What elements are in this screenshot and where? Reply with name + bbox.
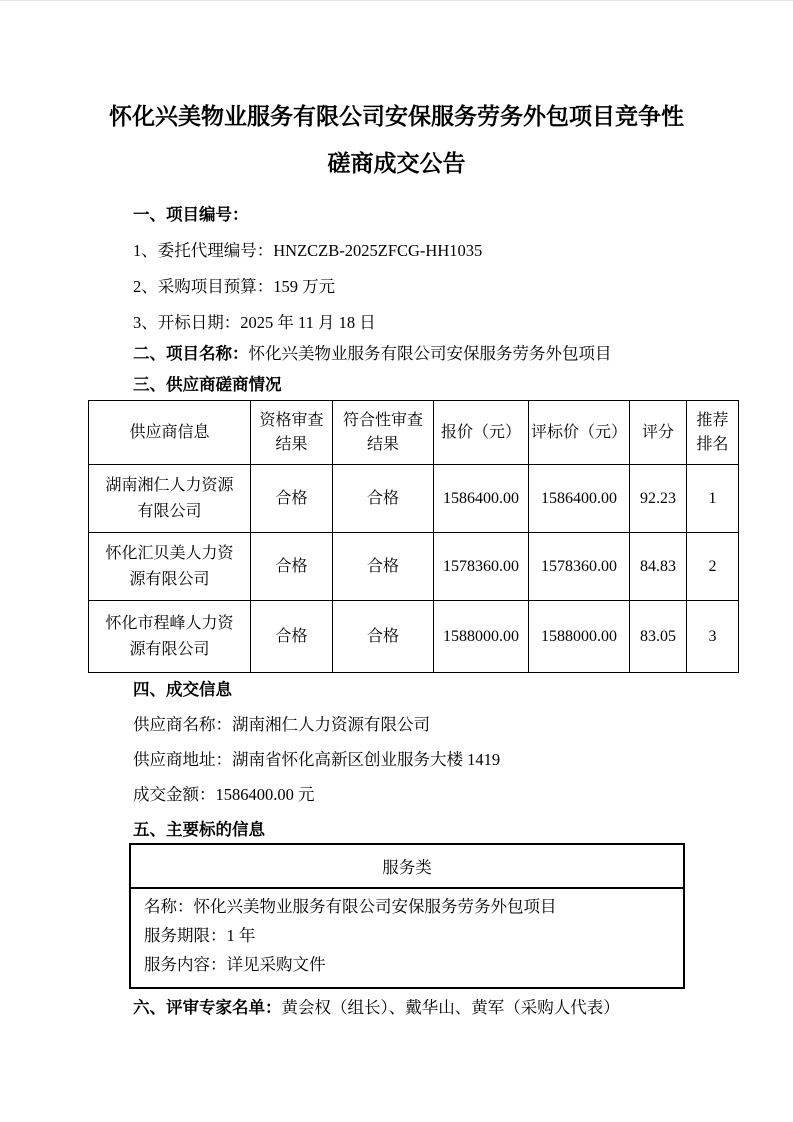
col-header-supplier-info: 供应商信息 <box>89 401 251 465</box>
eval-price: 1588000.00 <box>529 601 630 673</box>
conformity-result: 合格 <box>333 465 434 533</box>
subject-category-header: 服务类 <box>130 844 684 888</box>
supplier-row-1: 湖南湘仁人力资源有限公司 合格 合格 1586400.00 1586400.00… <box>89 465 739 533</box>
section6-value: 黄会权（组长）、戴华山、黄军（采购人代表） <box>282 998 620 1017</box>
document-title: 怀化兴美物业服务有限公司安保服务劳务外包项目竞争性 磋商成交公告 <box>48 93 745 187</box>
section1-heading: 一、项目编号： <box>133 204 743 226</box>
rank: 1 <box>687 465 739 533</box>
section4-heading: 四、成交信息 <box>133 679 743 701</box>
subject-info-table: 服务类 名称：怀化兴美物业服务有限公司安保服务劳务外包项目 服务期限：1 年 服… <box>129 843 685 989</box>
col-header-eval-price: 评标价（元） <box>529 401 630 465</box>
rank: 2 <box>687 533 739 601</box>
conformity-result: 合格 <box>333 533 434 601</box>
section4-supplier-name: 供应商名称：湖南湘仁人力资源有限公司 <box>133 714 743 736</box>
score: 84.83 <box>630 533 687 601</box>
bid-price: 1578360.00 <box>434 533 529 601</box>
col-header-bid-price: 报价（元） <box>434 401 529 465</box>
subject-name: 名称：怀化兴美物业服务有限公司安保服务劳务外包项目 <box>144 892 670 921</box>
document-page: 怀化兴美物业服务有限公司安保服务劳务外包项目竞争性 磋商成交公告 一、项目编号：… <box>0 0 793 1122</box>
section2-project-name: 二、项目名称：怀化兴美物业服务有限公司安保服务劳务外包项目 <box>133 343 743 365</box>
section1-item-budget: 2、采购项目预算：159 万元 <box>133 276 743 298</box>
eval-price: 1578360.00 <box>529 533 630 601</box>
qualification-result: 合格 <box>251 533 333 601</box>
section6-expert-list: 六、评审专家名单：黄会权（组长）、戴华山、黄军（采购人代表） <box>133 997 743 1019</box>
col-header-conformity-review: 符合性审查结果 <box>333 401 434 465</box>
conformity-result: 合格 <box>333 601 434 673</box>
supplier-table-header-row: 供应商信息 资格审查结果 符合性审查结果 报价（元） 评标价（元） 评分 推荐排… <box>89 401 739 465</box>
supplier-negotiation-table: 供应商信息 资格审查结果 符合性审查结果 报价（元） 评标价（元） 评分 推荐排… <box>88 400 739 673</box>
section2-label: 二、项目名称： <box>133 345 249 363</box>
rank: 3 <box>687 601 739 673</box>
bid-price: 1588000.00 <box>434 601 529 673</box>
section3-heading: 三、供应商磋商情况 <box>133 374 743 396</box>
col-header-score: 评分 <box>630 401 687 465</box>
subject-details-cell: 名称：怀化兴美物业服务有限公司安保服务劳务外包项目 服务期限：1 年 服务内容：… <box>130 888 684 988</box>
section4-deal-amount: 成交金额：1586400.00 元 <box>133 784 743 806</box>
document-title-line1: 怀化兴美物业服务有限公司安保服务劳务外包项目竞争性 <box>48 93 745 140</box>
document-title-line2: 磋商成交公告 <box>48 140 745 187</box>
subject-service-content: 服务内容：详见采购文件 <box>144 950 670 979</box>
subject-table-body-row: 名称：怀化兴美物业服务有限公司安保服务劳务外包项目 服务期限：1 年 服务内容：… <box>130 888 684 988</box>
supplier-name: 怀化汇贝美人力资源有限公司 <box>89 533 251 601</box>
subject-table-header-row: 服务类 <box>130 844 684 888</box>
supplier-name: 怀化市程峰人力资源有限公司 <box>89 601 251 673</box>
qualification-result: 合格 <box>251 601 333 673</box>
supplier-name: 湖南湘仁人力资源有限公司 <box>89 465 251 533</box>
bid-price: 1586400.00 <box>434 465 529 533</box>
subject-service-period: 服务期限：1 年 <box>144 921 670 950</box>
section6-label: 六、评审专家名单： <box>133 999 282 1017</box>
section2-value: 怀化兴美物业服务有限公司安保服务劳务外包项目 <box>249 344 612 363</box>
section1-item-bid-open-date: 3、开标日期：2025 年 11 月 18 日 <box>133 312 743 334</box>
section4-supplier-address: 供应商地址：湖南省怀化高新区创业服务大楼 1419 <box>133 749 743 771</box>
supplier-row-2: 怀化汇贝美人力资源有限公司 合格 合格 1578360.00 1578360.0… <box>89 533 739 601</box>
supplier-row-3: 怀化市程峰人力资源有限公司 合格 合格 1588000.00 1588000.0… <box>89 601 739 673</box>
score: 83.05 <box>630 601 687 673</box>
score: 92.23 <box>630 465 687 533</box>
section1-item-agency-number: 1、委托代理编号：HNZCZB-2025ZFCG-HH1035 <box>133 240 743 262</box>
col-header-qualification-review: 资格审查结果 <box>251 401 333 465</box>
qualification-result: 合格 <box>251 465 333 533</box>
col-header-recommended-rank: 推荐排名 <box>687 401 739 465</box>
eval-price: 1586400.00 <box>529 465 630 533</box>
section5-heading: 五、主要标的信息 <box>133 819 743 841</box>
